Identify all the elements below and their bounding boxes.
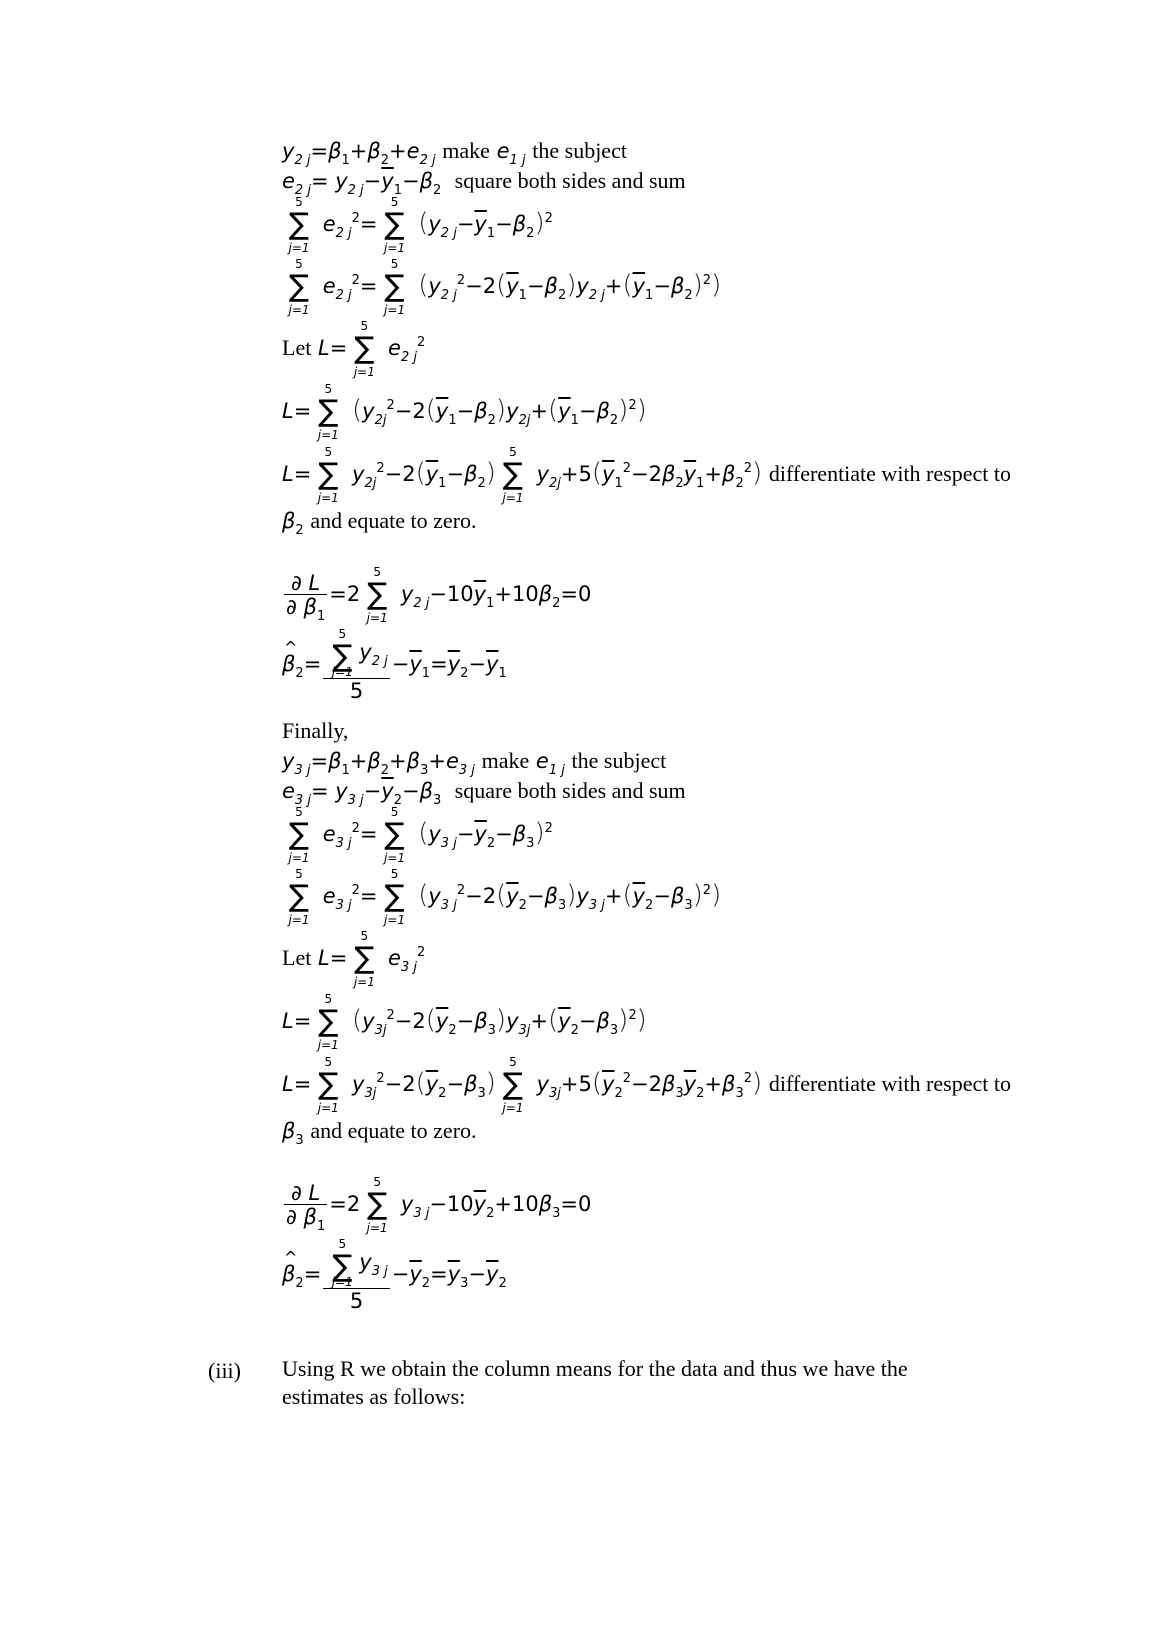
item-iii-label: (iii) — [208, 1358, 241, 1384]
eq-continuation-3: β3 and equate to zero. — [282, 1120, 477, 1142]
eq-estimate-beta3: β2=5∑j=1y3 j5−y2=y3−y2 — [282, 1238, 507, 1312]
eq-L-expanded-3: L=5∑j=1 (y3j2−2(y2−β3)y3j+(y2−β3)2) — [282, 993, 647, 1051]
eq-residual-e3j: e3 j= y3 j−y2−β3 square both sides and s… — [282, 780, 686, 802]
item-iii-text-1: Using R we obtain the column means for t… — [282, 1358, 908, 1380]
eq-sum-squares-2b: 5∑j=1 e2 j2=5∑j=1 (y2 j2−2(y1−β2)y2 j+(y… — [282, 258, 721, 316]
eq-derivative-3: ∂ L∂ β1=25∑j=1 y3 j−10y2+10β3=0 — [282, 1176, 591, 1234]
eq-residual-e2j: e2 j= y2 j−y1−β2 square both sides and s… — [282, 170, 686, 192]
eq-sum-squares-2a: 5∑j=1 e2 j2=5∑j=1 (y2 j−y1−β2)2 — [282, 196, 553, 254]
eq-L-expanded-2: L=5∑j=1 (y2j2−2(y1−β2)y2j+(y1−β2)2) — [282, 383, 647, 441]
item-iii-text-2: estimates as follows: — [282, 1386, 465, 1408]
eq-L-split-3: L=5∑j=1 y3j2−2(y2−β3)5∑j=1 y3j+5(y22−2β3… — [282, 1056, 1011, 1114]
eq-model-y2j: y2 j=β1+β2+e2 j make e1 j the subject — [282, 140, 627, 162]
eq-sum-squares-3a: 5∑j=1 e3 j2=5∑j=1 (y3 j−y2−β3)2 — [282, 806, 553, 864]
eq-derivative-2: ∂ L∂ β1=25∑j=1 y2 j−10y1+10β2=0 — [282, 566, 591, 624]
eq-continuation-2: β2 and equate to zero. — [282, 510, 477, 532]
eq-estimate-beta2: β2=5∑j=1y2 j5−y1=y2−y1 — [282, 628, 507, 702]
eq-let-L-2: Let L=5∑j=1 e2 j2 — [282, 320, 425, 378]
eq-L-split-2: L=5∑j=1 y2j2−2(y1−β2)5∑j=1 y2j+5(y12−2β2… — [282, 446, 1011, 504]
eq-let-L-3: Let L=5∑j=1 e3 j2 — [282, 930, 425, 988]
eq-model-y3j: y3 j=β1+β2+β3+e3 j make e1 j the subject — [282, 750, 666, 772]
finally-text: Finally, — [282, 720, 348, 742]
eq-sum-squares-3b: 5∑j=1 e3 j2=5∑j=1 (y3 j2−2(y2−β3)y3 j+(y… — [282, 868, 721, 926]
